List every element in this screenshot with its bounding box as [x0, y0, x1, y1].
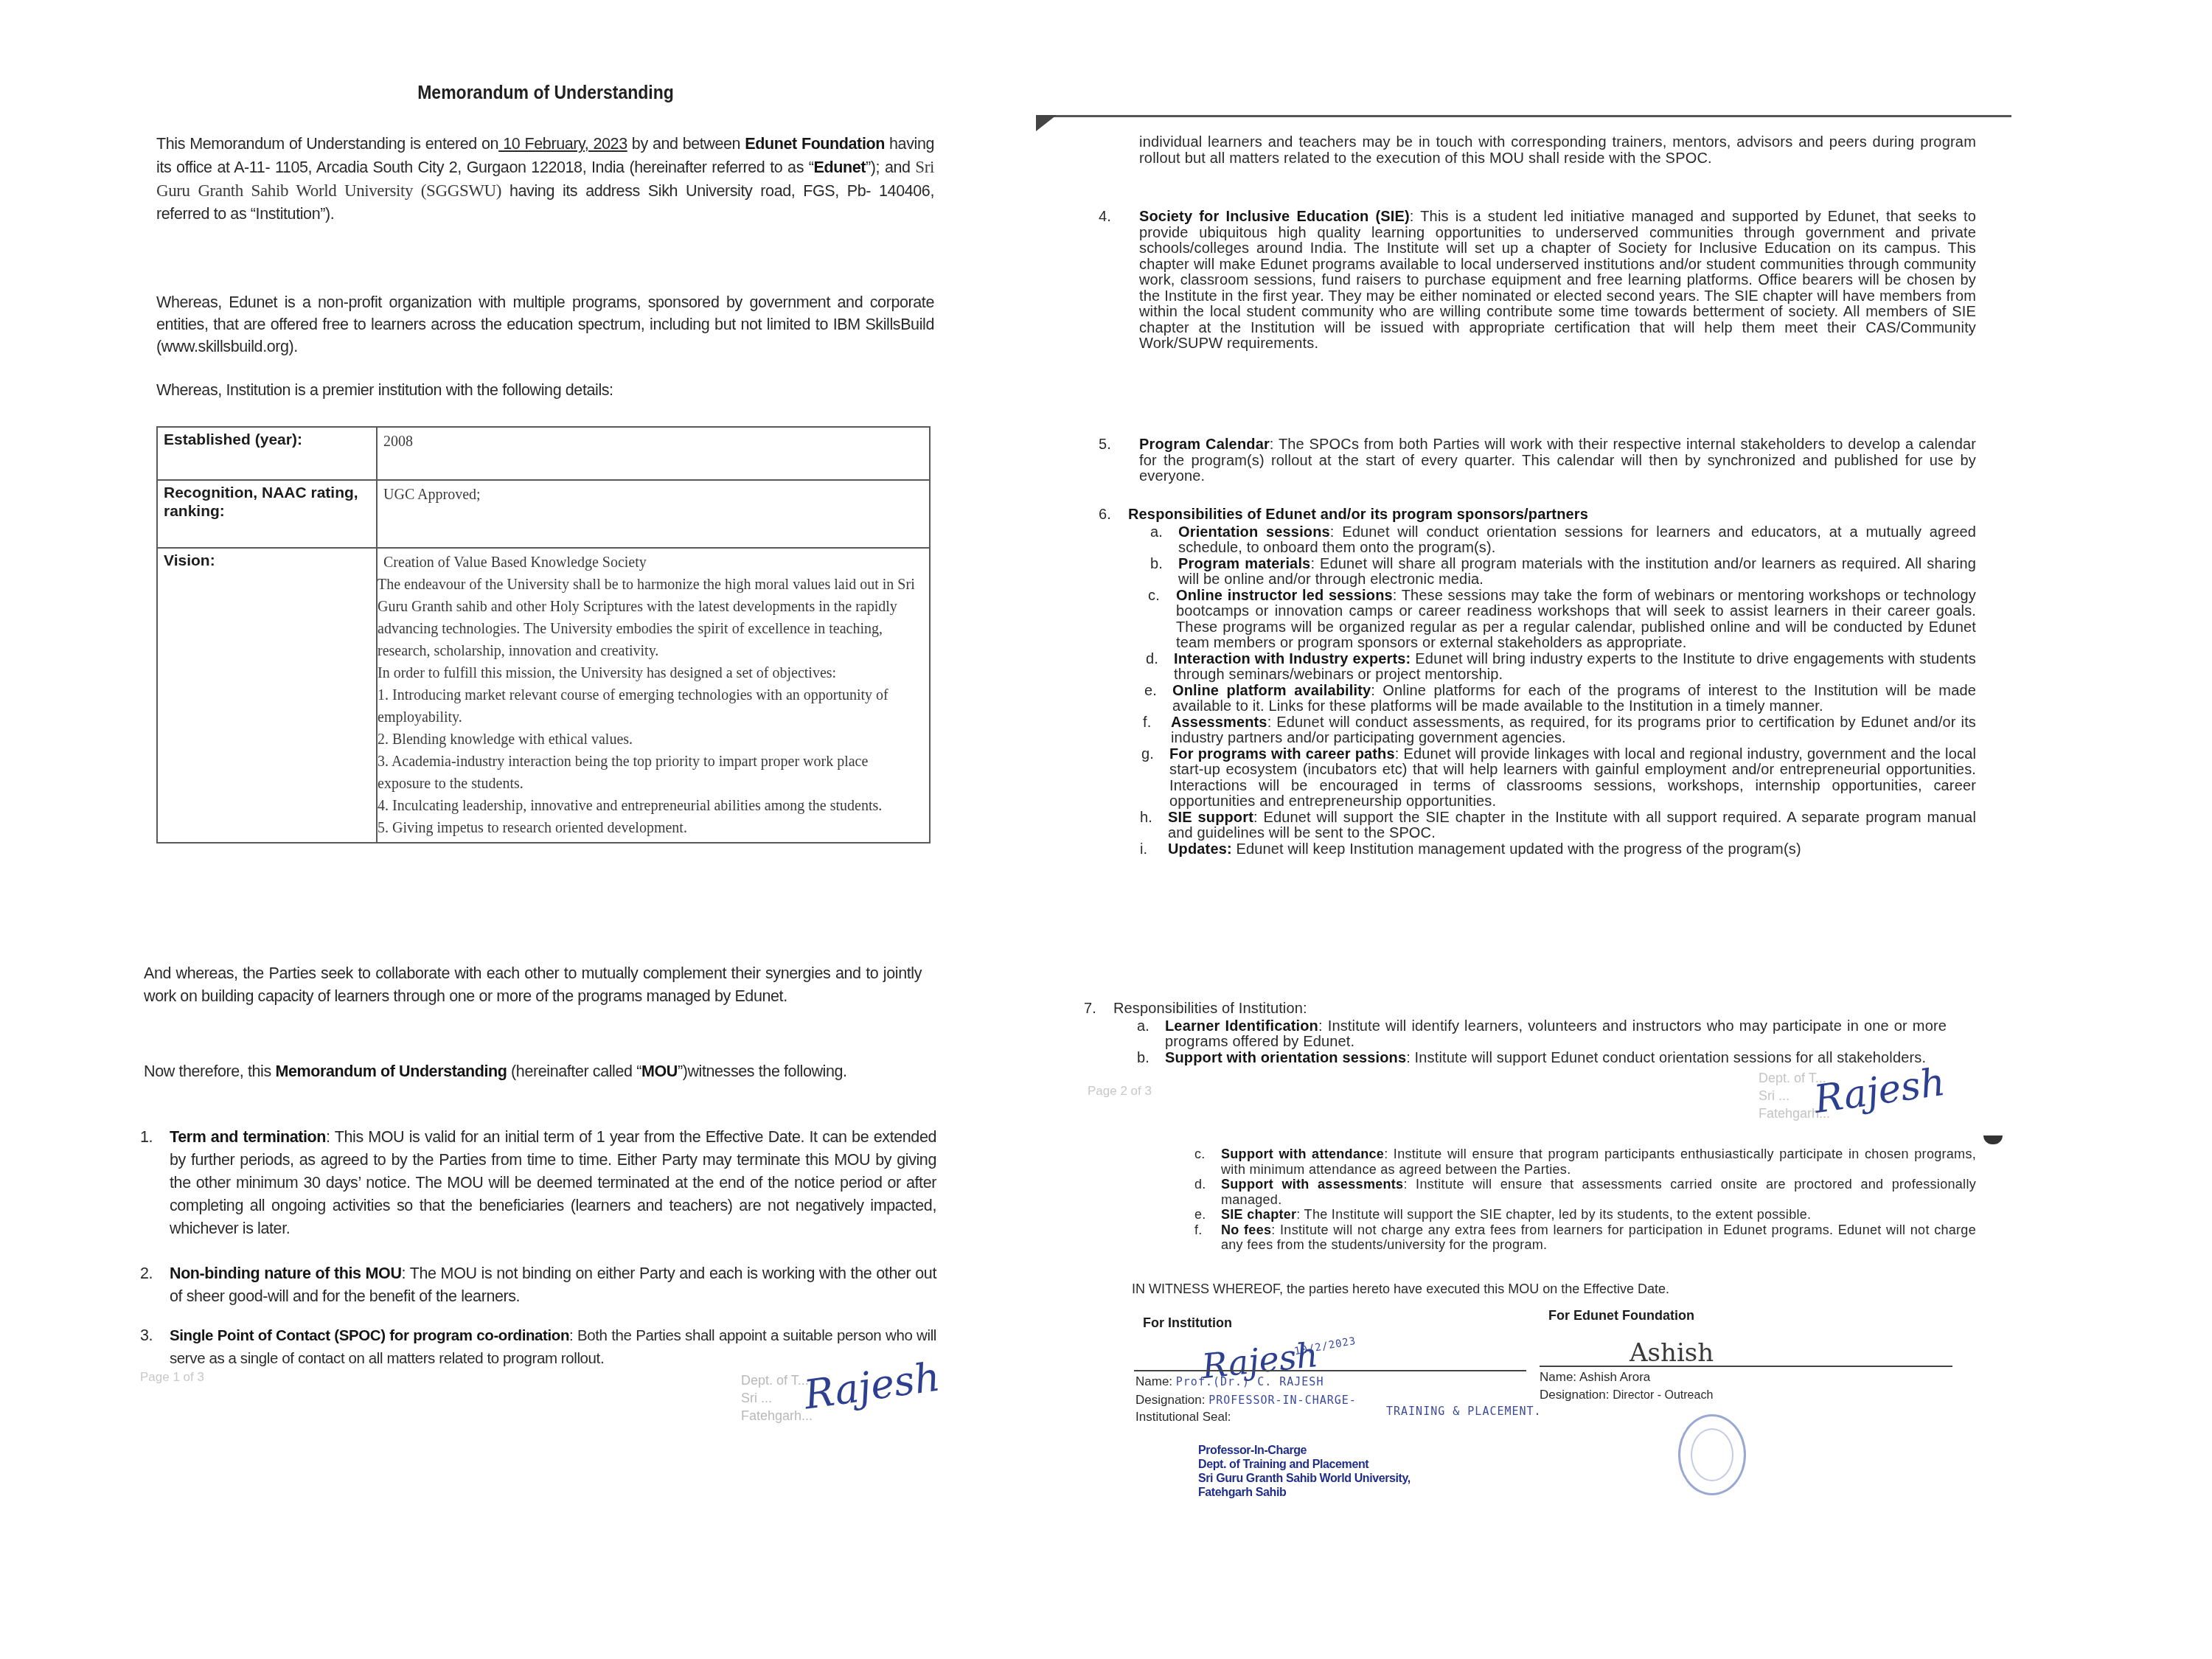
edunet-signature-line — [1540, 1366, 1952, 1367]
edunet-designation: Director - Outreach — [1613, 1389, 1713, 1402]
table-row: Recognition, NAAC rating, ranking: UGC A… — [157, 480, 930, 548]
clause-heading: Responsibilities of Institution: — [1113, 1001, 1307, 1017]
item-letter: a. — [1150, 525, 1163, 541]
clause-non-binding: 2. Non-binding nature of this MOU: The M… — [140, 1262, 936, 1308]
objective-item: 2. Blending knowledge with ethical value… — [378, 728, 923, 751]
edunet-signatory-heading: For Edunet Foundation — [1548, 1308, 1694, 1324]
institution-seal: Professor-In-Charge Dept. of Training an… — [1198, 1444, 1411, 1500]
item-heading: Updates: — [1168, 841, 1232, 858]
page-corner-fold — [1036, 115, 1057, 131]
clause-program-calendar: 5. Program Calendar: The SPOCs from both… — [1099, 437, 1976, 485]
item-heading: Support with attendance — [1221, 1147, 1384, 1161]
item-heading: Orientation sessions — [1178, 524, 1330, 540]
item-text: : Institute will not charge any extra fe… — [1221, 1222, 1976, 1253]
item-heading: SIE support — [1168, 810, 1253, 826]
edunet-designation-field: Designation: Director - Outreach — [1540, 1388, 1713, 1402]
institution-designation: PROFESSOR-IN-CHARGE- — [1208, 1394, 1357, 1407]
item-heading: For programs with career paths — [1169, 746, 1395, 762]
institution-signatory-name: Prof.(Dr.) C. RAJESH — [1176, 1375, 1324, 1388]
list-item: i.Updates: Edunet will keep Institution … — [1168, 842, 1976, 858]
item-letter: e. — [1194, 1207, 1206, 1222]
item-heading: Program materials — [1178, 556, 1310, 572]
list-item: b.Program materials: Edunet will share a… — [1178, 557, 1976, 588]
list-item: f.No fees: Institute will not charge any… — [1221, 1222, 1976, 1253]
edunet-signatory-name: Ashish Arora — [1579, 1370, 1650, 1384]
party-edunet-short: Edunet — [814, 159, 866, 176]
institution-designation-line2: TRAINING & PLACEMENT. — [1386, 1405, 1542, 1418]
now-therefore-text: (hereinafter called “ — [507, 1062, 641, 1080]
item-text: : Edunet will conduct assessments, as re… — [1171, 714, 1976, 747]
seal-line: Sri Guru Granth Sahib World University, — [1198, 1472, 1411, 1486]
institution-details-table: Established (year): 2008 Recognition, NA… — [156, 426, 931, 844]
whereas-edunet-paragraph: Whereas, Edunet is a non-profit organiza… — [156, 291, 934, 358]
page-footer: Page 1 of 3 — [140, 1370, 204, 1385]
clause-text: : This is a student led initiative manag… — [1139, 209, 1976, 352]
name-label: Name: — [1135, 1374, 1172, 1388]
objective-item: 3. Academia-industry interaction being t… — [378, 751, 923, 795]
item-letter: i. — [1140, 842, 1147, 858]
clause-number: 2. — [140, 1262, 153, 1285]
mou-abbr: MOU — [641, 1062, 678, 1080]
label-established: Established (year): — [157, 427, 377, 480]
table-row: Vision: Creation of Value Based Knowledg… — [157, 548, 930, 843]
list-item: e.Online platform availability: Online p… — [1172, 684, 1976, 715]
list-item: c.Support with attendance: Institute wil… — [1221, 1147, 1976, 1177]
objective-item: 1. Introducing market relevant course of… — [378, 684, 923, 728]
and-whereas-paragraph: And whereas, the Parties seek to collabo… — [144, 962, 922, 1008]
clause-heading: Society for Inclusive Education (SIE) — [1139, 209, 1410, 225]
name-label: Name: — [1540, 1370, 1576, 1384]
seal-line: Dept. of Training and Placement — [1198, 1458, 1411, 1472]
value-recognition: UGC Approved; — [377, 480, 930, 548]
clause-heading: Single Point of Contact (SPOC) for progr… — [170, 1327, 569, 1344]
item-heading: Support with assessments — [1221, 1177, 1403, 1192]
spoc-continuation: individual learners and teachers may be … — [1139, 134, 1976, 167]
list-item: h.SIE support: Edunet will support the S… — [1168, 810, 1976, 842]
edunet-seal-stamp — [1678, 1414, 1746, 1495]
institution-responsibility-list: a.Learner Identification: Institute will… — [1084, 1019, 1961, 1067]
clause-number: 6. — [1099, 507, 1111, 524]
label-vision: Vision: — [157, 548, 377, 843]
whereas-institution-paragraph: Whereas, Institution is a premier instit… — [156, 379, 934, 402]
item-letter: c. — [1194, 1147, 1206, 1162]
clause-number: 4. — [1099, 209, 1111, 226]
item-heading: Online instructor led sessions — [1176, 588, 1393, 604]
party-edunet: Edunet Foundation — [745, 135, 885, 153]
vision-mission: In order to fulfill this mission, the Un… — [378, 662, 923, 684]
list-item: b.Support with orientation sessions: Ins… — [1165, 1051, 1932, 1067]
seal-line: Professor-In-Charge — [1198, 1444, 1411, 1458]
item-letter: g. — [1141, 747, 1154, 763]
item-heading: Interaction with Industry experts: — [1174, 651, 1411, 667]
intro-paragraph: This Memorandum of Understanding is ente… — [156, 133, 934, 226]
value-vision: Creation of Value Based Knowledge Societ… — [377, 548, 930, 843]
clause-heading: Program Calendar — [1139, 437, 1270, 453]
intro-text: This Memorandum of Understanding is ente… — [156, 135, 498, 153]
item-text: Edunet will keep Institution management … — [1232, 841, 1801, 858]
item-heading: Online platform availability — [1172, 683, 1371, 699]
list-item: e.SIE chapter: The Institute will suppor… — [1221, 1207, 1976, 1222]
designation-label: Designation: — [1135, 1393, 1206, 1407]
clause-term-termination: 1. Term and termination: This MOU is val… — [140, 1126, 936, 1240]
item-heading: Support with orientation sessions — [1165, 1050, 1406, 1066]
agreement-date: 10 February, 2023 — [498, 135, 627, 153]
now-therefore-text: Now therefore, this — [144, 1062, 275, 1080]
clause-heading: Non-binding nature of this MOU — [170, 1265, 402, 1282]
clause-number: 5. — [1099, 437, 1111, 453]
clause-number: 3. — [140, 1324, 153, 1347]
stamp-line: Sri ... — [741, 1389, 813, 1407]
item-letter: c. — [1148, 588, 1160, 605]
item-letter: h. — [1140, 810, 1152, 827]
objective-item: 4. Inculcating leadership, innovative an… — [378, 795, 923, 817]
item-letter: d. — [1146, 652, 1158, 668]
item-text: : Edunet will support the SIE chapter in… — [1168, 810, 1976, 842]
list-item: f.Assessments: Edunet will conduct asses… — [1171, 715, 1976, 747]
vision-title: Creation of Value Based Knowledge Societ… — [383, 552, 923, 574]
item-letter: b. — [1137, 1051, 1150, 1067]
institution-signatory-heading: For Institution — [1143, 1315, 1232, 1331]
now-therefore-paragraph: Now therefore, this Memorandum of Unders… — [144, 1060, 922, 1083]
item-heading: SIE chapter — [1221, 1207, 1296, 1222]
seal-line: Fatehgarh Sahib — [1198, 1486, 1411, 1500]
item-letter: f. — [1194, 1222, 1203, 1238]
stamp-line: Fatehgarh... — [741, 1407, 813, 1425]
list-item: g.For programs with career paths: Edunet… — [1169, 747, 1976, 810]
edunet-responsibility-list: a.Orientation sessions: Edunet will cond… — [1099, 525, 1976, 858]
now-therefore-text: ”)witnesses the following. — [678, 1062, 847, 1080]
designation-label: Designation: — [1540, 1388, 1610, 1402]
intro-text: ”); and — [866, 159, 915, 176]
clause-number: 7. — [1084, 1001, 1096, 1018]
table-row: Established (year): 2008 — [157, 427, 930, 480]
mou-term: Memorandum of Understanding — [275, 1062, 507, 1080]
clause-heading: Term and termination — [170, 1128, 326, 1146]
edunet-signature: Ashish — [1630, 1338, 1714, 1368]
page-footer: Page 2 of 3 — [1088, 1084, 1152, 1099]
institution-name-field: Name: Prof.(Dr.) C. RAJESH — [1135, 1374, 1324, 1389]
institution-signature-line — [1134, 1370, 1526, 1371]
clause-number: 1. — [140, 1126, 153, 1149]
institutional-seal-label: Institutional Seal: — [1135, 1410, 1231, 1425]
item-letter: a. — [1137, 1019, 1150, 1035]
intro-text: by and between — [627, 135, 745, 153]
document-title: Memorandum of Understanding — [44, 83, 1048, 104]
item-letter: f. — [1143, 715, 1151, 731]
item-heading: No fees — [1221, 1222, 1271, 1237]
clause-spoc: 3. Single Point of Contact (SPOC) for pr… — [140, 1324, 936, 1370]
item-letter: e. — [1144, 684, 1157, 700]
list-item: a.Orientation sessions: Edunet will cond… — [1178, 525, 1976, 557]
list-item: a.Learner Identification: Institute will… — [1165, 1019, 1947, 1051]
value-established: 2008 — [377, 427, 930, 480]
page-edge — [1047, 115, 2011, 117]
list-item: c.Online instructor led sessions: These … — [1176, 588, 1976, 652]
item-text: : The Institute will support the SIE cha… — [1296, 1207, 1811, 1222]
item-letter: d. — [1194, 1177, 1206, 1192]
item-heading: Assessments — [1171, 714, 1267, 731]
label-recognition: Recognition, NAAC rating, ranking: — [157, 480, 377, 548]
item-letter: b. — [1150, 557, 1163, 573]
institution-designation-field: Designation: PROFESSOR-IN-CHARGE- — [1135, 1393, 1357, 1408]
clause-heading: Responsibilities of Edunet and/or its pr… — [1128, 507, 1588, 523]
clause-edunet-responsibilities: 6. Responsibilities of Edunet and/or its… — [1099, 507, 1976, 858]
list-item: d.Interaction with Industry experts: Edu… — [1174, 652, 1976, 684]
item-text: : Institute will support Edunet conduct … — [1406, 1050, 1926, 1066]
list-item: d.Support with assessments: Institute wi… — [1221, 1177, 1976, 1207]
witness-statement: IN WITNESS WHEREOF, the parties hereto h… — [1132, 1281, 1669, 1297]
clause-sie: 4. Society for Inclusive Education (SIE)… — [1099, 209, 1976, 352]
vision-text: The endeavour of the University shall be… — [378, 574, 923, 662]
objective-item: 5. Giving impetus to research oriented d… — [378, 817, 923, 839]
edunet-name-field: Name: Ashish Arora — [1540, 1370, 1650, 1385]
item-heading: Learner Identification — [1165, 1018, 1318, 1034]
institution-responsibilities-continued: c.Support with attendance: Institute wil… — [1187, 1147, 1976, 1253]
clause-institution-responsibilities: 7. Responsibilities of Institution: a.Le… — [1084, 1001, 1961, 1066]
